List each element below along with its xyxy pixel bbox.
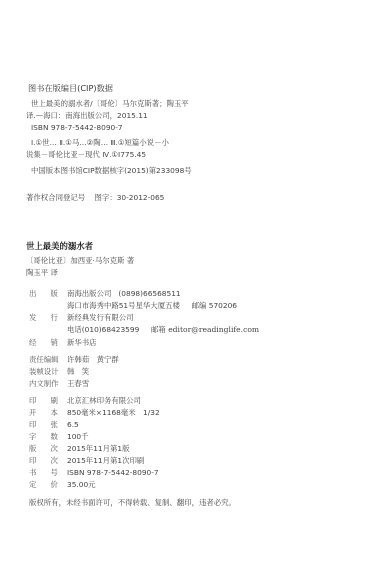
copyright-reg-value: 图字：30-2012-065	[95, 193, 165, 202]
seller-label: 经 销	[29, 338, 58, 347]
spec-label: 印 张	[29, 420, 58, 429]
seller-value: 新华书店	[67, 338, 97, 347]
publisher-name-phone: 南海出版公司 (0898)66568511	[67, 289, 181, 298]
email-link: editor@readinglife.com	[168, 325, 259, 334]
spec-label: 版 次	[29, 444, 58, 453]
credit-value: 许韩茹 黄宁群	[67, 355, 119, 364]
spec-value: 北京汇林印务有限公司	[67, 396, 141, 405]
spec-value: 100千	[67, 432, 89, 441]
spec-label: 印 次	[29, 456, 58, 465]
credit-value: 王春雪	[67, 379, 89, 388]
distributor-phone: 电话(010)68423599	[67, 325, 139, 334]
book-title: 世上最美的溺水者	[26, 242, 93, 251]
publisher-address: 海口市海秀中路51号星华大厦五楼	[67, 301, 180, 310]
spec-label: 开 本	[29, 408, 58, 417]
credit-value: 韩 笑	[67, 367, 89, 376]
copyright-reg: 著作权合同登记号 图字：30-2012-065	[26, 193, 164, 202]
spec-value: 2015年11月第1版	[67, 444, 129, 453]
publisher-address-line: 海口市海秀中路51号星华大厦五楼 邮编 570206	[67, 301, 237, 310]
cip-line: Ⅰ.①世… Ⅱ.①马…②陶… Ⅲ.①短篇小说－小	[31, 138, 169, 147]
cip-line: 译.—海口：南海出版公司，2015.11	[26, 111, 148, 120]
credit-label: 责任编辑	[29, 355, 59, 364]
spec-value: 2015年11月第1次印刷	[67, 456, 144, 465]
spec-value: 6.5	[67, 420, 79, 429]
spec-value: 850毫米×1168毫米 1/32	[67, 408, 160, 417]
book-author: 〔哥伦比亚〕加西亚·马尔克斯 著	[26, 256, 134, 265]
distributor-label: 发 行	[29, 313, 58, 322]
postcode-label: 邮编	[192, 301, 207, 310]
spec-value: 35.00元	[67, 480, 96, 489]
rights-notice: 版权所有，未经书面许可，不得转载、复制、翻印，违者必究。	[29, 498, 236, 507]
cip-line: 世上最美的溺水者/〔哥伦〕马尔克斯著；陶玉平	[31, 99, 189, 108]
copyright-reg-label: 著作权合同登记号	[26, 193, 85, 202]
publisher-label: 出 版	[29, 289, 58, 298]
cip-record-number: 中国版本图书馆CIP数据核字(2015)第233098号	[31, 166, 192, 175]
publisher-phone: (0898)66568511	[118, 289, 180, 298]
credit-label: 装帧设计	[29, 367, 59, 376]
spec-label: 书 号	[29, 468, 58, 477]
publisher-name: 南海出版公司	[67, 289, 111, 298]
cip-line: 说集－哥伦比亚－现代 Ⅳ.①I775.45	[26, 150, 146, 159]
credit-label: 内文制作	[29, 379, 59, 388]
spec-label: 定 价	[29, 480, 58, 489]
spec-label: 字 数	[29, 432, 58, 441]
spec-label: 印 刷	[29, 396, 58, 405]
book-translator: 陶玉平 译	[26, 268, 58, 277]
cip-isbn: ISBN 978-7-5442-8090-7	[31, 123, 123, 132]
email-label: 邮箱	[151, 325, 166, 334]
distributor-contact: 电话(010)68423599 邮箱 editor@readinglife.co…	[67, 325, 259, 334]
spec-value: ISBN 978-7-5442-8090-7	[67, 468, 159, 477]
distributor-name: 新经典发行有限公司	[67, 313, 134, 322]
cip-title: 图书在版编目(CIP)数据	[28, 84, 113, 93]
postcode: 570206	[209, 301, 237, 310]
